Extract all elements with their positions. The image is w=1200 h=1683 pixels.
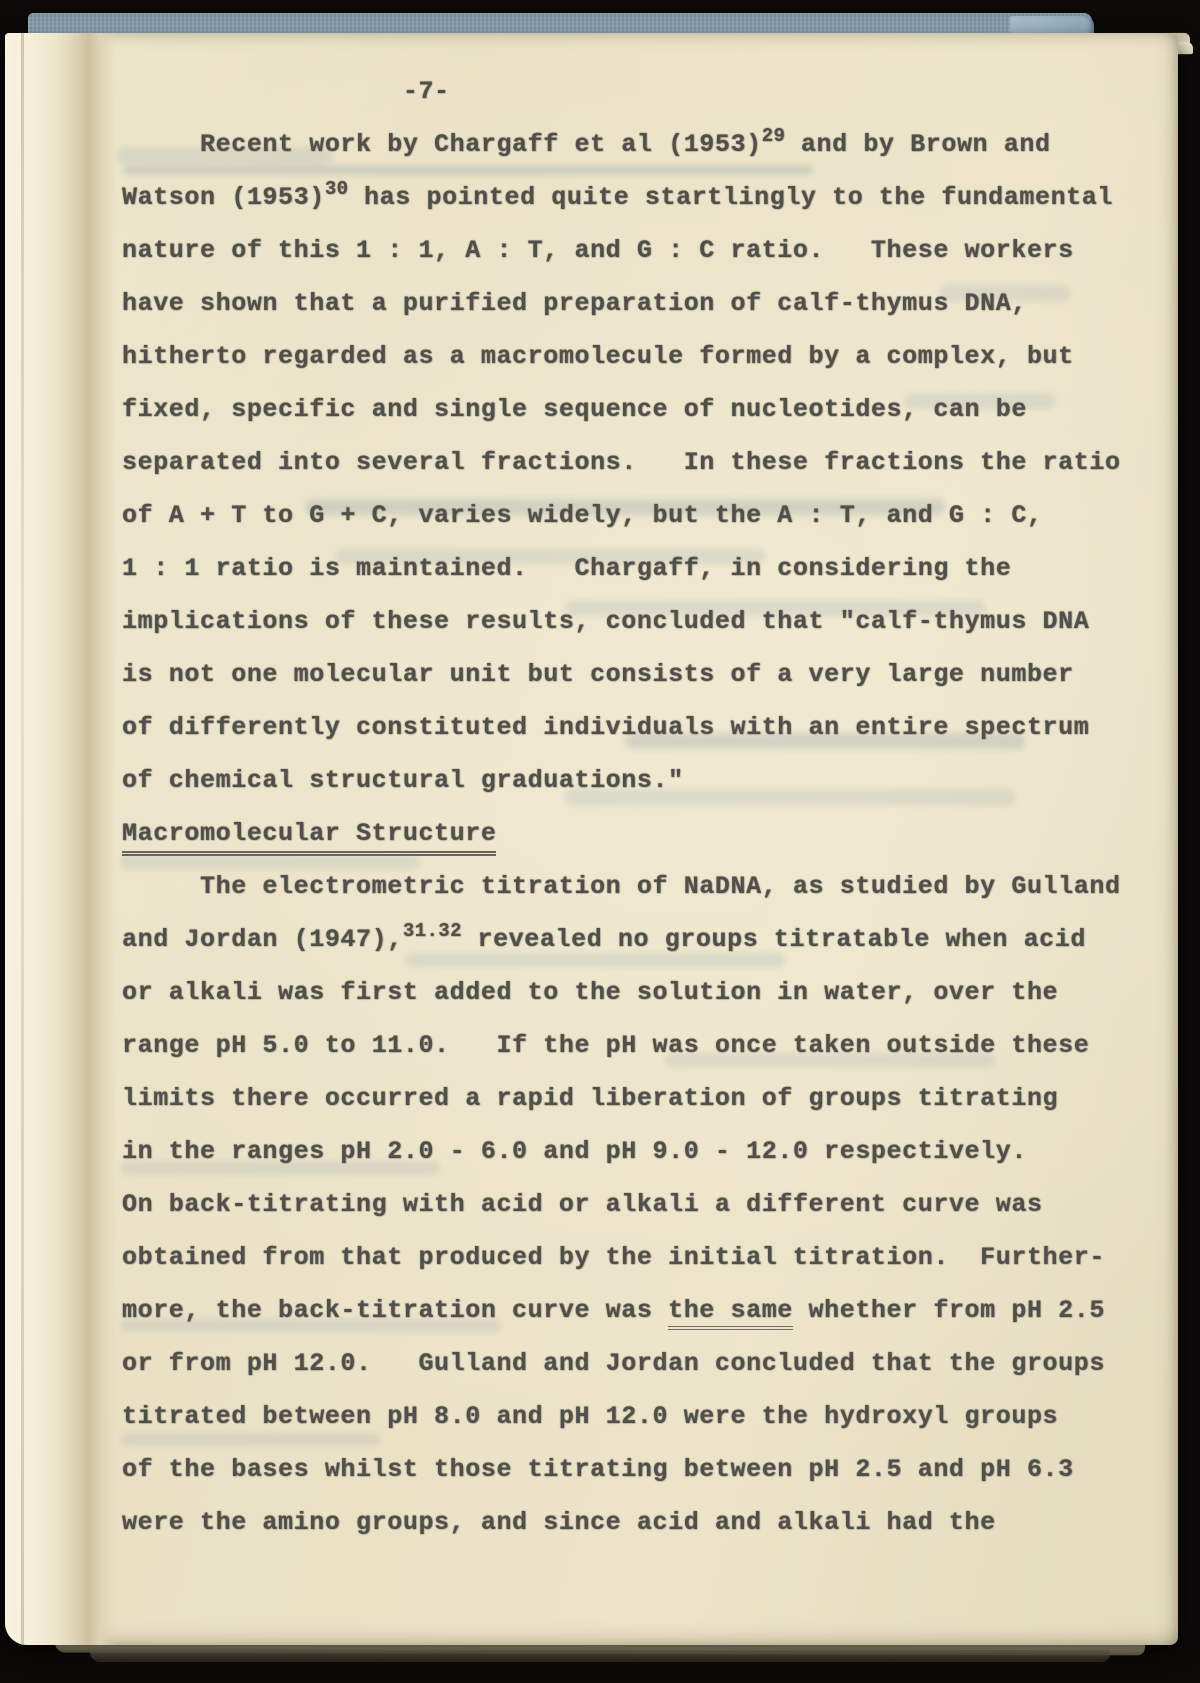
text-segment: hitherto regarded as a macromolecule for… xyxy=(122,342,1074,371)
footnote-reference: 29 xyxy=(762,125,786,147)
footnote-reference: 30 xyxy=(325,178,349,200)
text-segment: have shown that a purified preparation o… xyxy=(122,289,1027,318)
text-segment: has pointed quite startlingly to the fun… xyxy=(348,183,1113,212)
text-segment: whether from pH 2.5 xyxy=(793,1296,1105,1325)
text-segment: Recent work by Chargaff et al (1953) xyxy=(122,130,762,159)
typescript-line: of A + T to G + C, varies widely, but th… xyxy=(122,489,1142,542)
typescript-line: or from pH 12.0. Gulland and Jordan conc… xyxy=(122,1337,1142,1390)
text-segment: is not one molecular unit but consists o… xyxy=(122,660,1074,689)
text-segment: of the bases whilst those titrating betw… xyxy=(122,1455,1074,1484)
text-segment: and Jordan (1947), xyxy=(122,925,403,954)
text-segment: implications of these results, concluded… xyxy=(122,607,1089,636)
text-segment: obtained from that produced by the initi… xyxy=(122,1243,1105,1272)
underlined-phrase: the same xyxy=(668,1296,793,1330)
page-stack-edge-bottom-shadow xyxy=(90,1650,1110,1662)
text-segment: and by Brown and xyxy=(785,130,1050,159)
typescript-line: is not one molecular unit but consists o… xyxy=(122,648,1142,701)
text-segment: revealed no groups titratable when acid xyxy=(462,925,1086,954)
typescript-line: or alkali was first added to the solutio… xyxy=(122,966,1142,1019)
footnote-reference: 31.32 xyxy=(403,920,462,942)
typescript-line: hitherto regarded as a macromolecule for… xyxy=(122,330,1142,383)
typescript-line: range pH 5.0 to 11.0. If the pH was once… xyxy=(122,1019,1142,1072)
text-segment: more, the back-titration curve was xyxy=(122,1296,668,1325)
text-segment: Watson (1953) xyxy=(122,183,325,212)
text-segment: limits there occurred a rapid liberation… xyxy=(122,1084,1058,1113)
typescript-line: On back-titrating with acid or alkali a … xyxy=(122,1178,1142,1231)
section-heading: Macromolecular Structure xyxy=(122,807,1142,860)
text-segment: in the ranges pH 2.0 - 6.0 and pH 9.0 - … xyxy=(122,1137,1027,1166)
typescript-line: have shown that a purified preparation o… xyxy=(122,277,1142,330)
typescript-line: in the ranges pH 2.0 - 6.0 and pH 9.0 - … xyxy=(122,1125,1142,1178)
typescript-line: The electrometric titration of NaDNA, as… xyxy=(122,860,1142,913)
typescript-line: 1 : 1 ratio is maintained. Chargaff, in … xyxy=(122,542,1142,595)
typescript-line: and Jordan (1947),31.32 revealed no grou… xyxy=(122,913,1142,966)
typescript-line: Recent work by Chargaff et al (1953)29 a… xyxy=(122,118,1142,171)
typescript-line: limits there occurred a rapid liberation… xyxy=(122,1072,1142,1125)
text-segment: -7- xyxy=(122,77,450,106)
text-segment: separated into several fractions. In the… xyxy=(122,448,1121,477)
text-segment: were the amino groups, and since acid an… xyxy=(122,1508,996,1537)
typescript-line: of chemical structural graduations." xyxy=(122,754,1142,807)
text-segment: of chemical structural graduations." xyxy=(122,766,684,795)
text-segment: or from pH 12.0. Gulland and Jordan conc… xyxy=(122,1349,1105,1378)
text-segment: The electrometric titration of NaDNA, as… xyxy=(122,872,1121,901)
binding-gutter xyxy=(5,33,117,1645)
typescript-line: obtained from that produced by the initi… xyxy=(122,1231,1142,1284)
text-segment: 1 : 1 ratio is maintained. Chargaff, in … xyxy=(122,554,1011,583)
manuscript-page: -7- Recent work by Chargaff et al (1953)… xyxy=(5,33,1178,1645)
typescript: -7- Recent work by Chargaff et al (1953)… xyxy=(122,65,1142,1549)
typescript-line: were the amino groups, and since acid an… xyxy=(122,1496,1142,1549)
typescript-line: separated into several fractions. In the… xyxy=(122,436,1142,489)
typescript-line: nature of this 1 : 1, A : T, and G : C r… xyxy=(122,224,1142,277)
typescript-line: titrated between pH 8.0 and pH 12.0 were… xyxy=(122,1390,1142,1443)
text-segment: titrated between pH 8.0 and pH 12.0 were… xyxy=(122,1402,1058,1431)
typescript-line: of differently constituted individuals w… xyxy=(122,701,1142,754)
text-segment: range pH 5.0 to 11.0. If the pH was once… xyxy=(122,1031,1089,1060)
text-segment: of A + T to G + C, varies widely, but th… xyxy=(122,501,1043,530)
typescript-line: implications of these results, concluded… xyxy=(122,595,1142,648)
text-segment: of differently constituted individuals w… xyxy=(122,713,1089,742)
heading-text: Macromolecular Structure xyxy=(122,819,496,856)
text-segment: fixed, specific and single sequence of n… xyxy=(122,395,1027,424)
text-segment: or alkali was first added to the solutio… xyxy=(122,978,1058,1007)
text-segment: On back-titrating with acid or alkali a … xyxy=(122,1190,1043,1219)
text-segment: nature of this 1 : 1, A : T, and G : C r… xyxy=(122,236,1074,265)
typescript-line: fixed, specific and single sequence of n… xyxy=(122,383,1142,436)
typescript-line: more, the back-titration curve was the s… xyxy=(122,1284,1142,1337)
page-number: -7- xyxy=(122,65,1142,118)
typescript-line: Watson (1953)30 has pointed quite startl… xyxy=(122,171,1142,224)
typescript-line: of the bases whilst those titrating betw… xyxy=(122,1443,1142,1496)
